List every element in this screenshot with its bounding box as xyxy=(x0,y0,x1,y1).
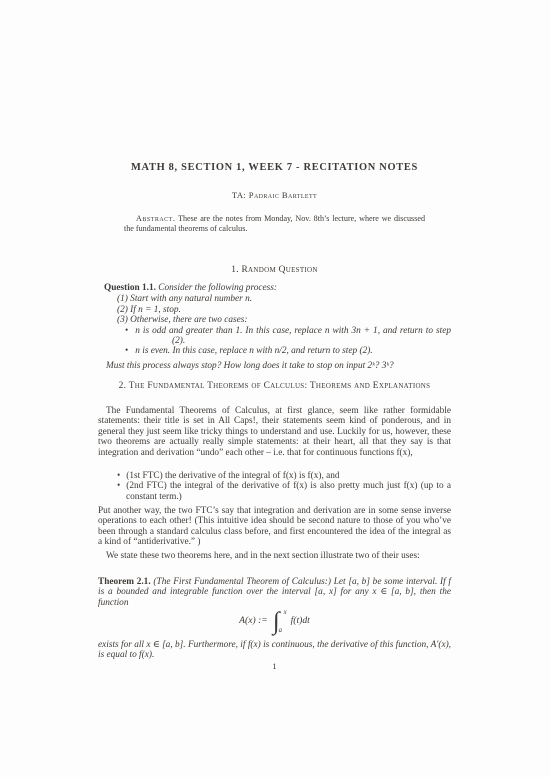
question-intro-line: Question 1.1. Consider the following pro… xyxy=(98,283,451,293)
document-page: MATH 8, SECTION 1, WEEK 7 - RECITATION N… xyxy=(0,0,550,777)
case-item: n is odd and greater than 1. In this cas… xyxy=(98,326,451,347)
question-closing: Must this process always stop? How long … xyxy=(98,361,451,371)
paragraph: Put another way, the two FTC’s say that … xyxy=(98,506,451,548)
formula-integrand: f(t)dt xyxy=(291,616,310,626)
step-item: (3) Otherwise, there are two cases: xyxy=(98,315,451,325)
abstract-label: Abstract. xyxy=(136,214,175,223)
bullet-item: (1st FTC) the derivative of the integral… xyxy=(98,471,451,481)
paper-title: MATH 8, SECTION 1, WEEK 7 - RECITATION N… xyxy=(98,163,451,173)
abstract: Abstract. These are the notes from Monda… xyxy=(124,214,425,234)
author-line: TA: Padraic Bartlett xyxy=(98,190,451,200)
step-item: (2) If n = 1, stop. xyxy=(98,305,451,315)
step-item: (1) Start with any natural number n. xyxy=(98,294,451,304)
theorem-body: (The First Fundamental Theorem of Calcul… xyxy=(98,577,451,608)
paragraph: We state these two theorems here, and in… xyxy=(98,551,451,561)
theorem-conclusion: exists for all x ∈ [a, b]. Furthermore, … xyxy=(98,640,451,661)
integral-upper-limit: x xyxy=(284,609,287,616)
integral-limits: x a xyxy=(281,609,287,634)
ftc-bullet-list: (1st FTC) the derivative of the integral… xyxy=(98,471,451,502)
bullet-item: (2nd FTC) the integral of the derivative… xyxy=(98,481,451,502)
integral-lower-limit: a xyxy=(279,627,287,634)
case-item: n is even. In this case, replace n with … xyxy=(98,346,451,356)
question-1-1: Question 1.1. Consider the following pro… xyxy=(98,283,451,371)
section-2-heading: 2. The Fundamental Theorems of Calculus:… xyxy=(98,381,451,392)
formula-lhs: A(x) := xyxy=(239,616,268,626)
paragraph: The Fundamental Theorems of Calculus, at… xyxy=(98,406,451,458)
theorem-2-1: Theorem 2.1. (The First Fundamental Theo… xyxy=(98,577,451,608)
section-1-heading: 1. Random Question xyxy=(98,265,451,275)
question-steps: (1) Start with any natural number n. (2)… xyxy=(98,294,451,325)
display-formula: A(x) := ∫ x a f(t)dt xyxy=(98,608,451,635)
theorem-label: Theorem 2.1. xyxy=(98,577,151,587)
question-label: Question 1.1. xyxy=(104,283,156,293)
page-number: 1 xyxy=(98,661,451,671)
question-intro-text: Consider the following process: xyxy=(158,283,277,293)
